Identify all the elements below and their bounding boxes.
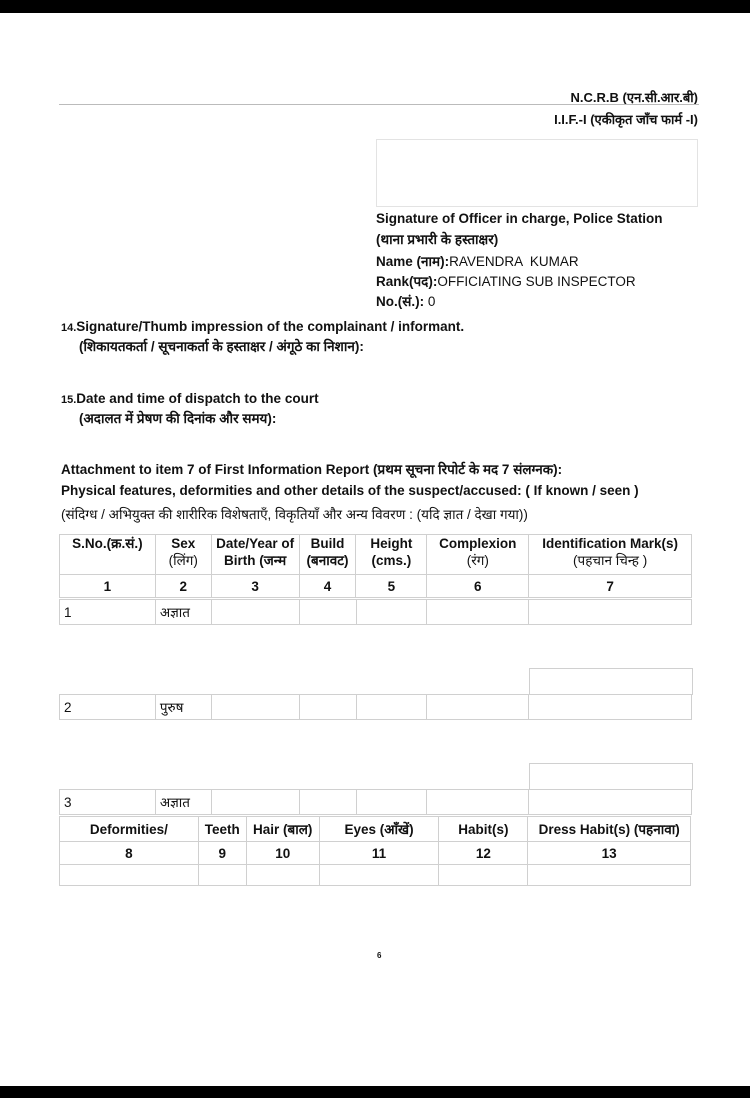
- column-number: 9: [198, 842, 246, 865]
- column-number: 5: [356, 575, 427, 598]
- officer-number-label: No.(सं.):: [376, 294, 424, 309]
- column-number: 12: [439, 842, 528, 865]
- header-teeth: Teeth: [198, 817, 246, 842]
- header-complexion: Complexion(रंग): [427, 535, 529, 575]
- cell-deformities: [60, 865, 199, 886]
- identification-mark-extra-box: [529, 763, 693, 790]
- column-number: 1: [60, 575, 156, 598]
- cell-hair: [246, 865, 319, 886]
- column-number: 4: [299, 575, 356, 598]
- table-row: [60, 865, 691, 886]
- form-title: I.I.F.-I (एकीकृत जाँच फार्म -I): [554, 110, 698, 128]
- header-dress-habits: Dress Habit(s) (पहनावा): [528, 817, 691, 842]
- officer-signature-box: [376, 139, 698, 207]
- table-row: 3 अज्ञात: [59, 789, 692, 815]
- officer-name-label: Name (नाम):: [376, 254, 449, 269]
- header-sno: S.No.(क्र.सं.): [60, 535, 156, 575]
- table2-column-numbers: 8 9 10 11 12 13: [60, 842, 691, 865]
- cell-sex: पुरुष: [155, 695, 211, 720]
- top-black-bar: [0, 0, 750, 13]
- item-15-number: 15.: [61, 394, 76, 406]
- cell-build: [299, 600, 356, 625]
- item-14-number: 14.: [61, 322, 76, 334]
- cell-dob: [211, 790, 299, 815]
- cell-build: [299, 790, 356, 815]
- cell-marks: [529, 695, 692, 720]
- cell-dob: [211, 695, 299, 720]
- item-15-title-hi: (अदालत में प्रेषण की दिनांक और समय):: [79, 409, 276, 427]
- column-number: 10: [246, 842, 319, 865]
- officer-signature-title: Signature of Officer in charge, Police S…: [376, 211, 663, 226]
- attachment-line-1-hi: (प्रथम सूचना रिपोर्ट के मद 7 संलग्नक):: [369, 462, 562, 477]
- cell-sex: अज्ञात: [155, 790, 211, 815]
- cell-marks: [529, 600, 692, 625]
- column-number: 6: [427, 575, 529, 598]
- officer-number-value: 0: [428, 294, 436, 309]
- cell-height: [356, 695, 427, 720]
- officer-signature-title-hi: (थाना प्रभारी के हस्ताक्षर): [376, 230, 498, 248]
- header-height: Height(cms.): [356, 535, 427, 575]
- attachment-line-3: (संदिग्ध / अभियुक्त की शारीरिक विशेषताएँ…: [61, 505, 528, 523]
- header-build: Build(बनावट): [299, 535, 356, 575]
- header-sex: Sex(लिंग): [155, 535, 211, 575]
- identification-mark-extra-box: [529, 668, 693, 695]
- cell-sno: 2: [60, 695, 156, 720]
- item-14-title: 14.Signature/Thumb impression of the com…: [61, 319, 464, 334]
- column-number: 13: [528, 842, 691, 865]
- officer-rank-value: OFFICIATING SUB INSPECTOR: [437, 274, 635, 289]
- cell-complexion: [427, 600, 529, 625]
- item-14-title-hi: (शिकायतकर्ता / सूचनाकर्ता के हस्ताक्षर /…: [79, 337, 364, 355]
- column-number: 8: [60, 842, 199, 865]
- bottom-black-bar: [0, 1086, 750, 1098]
- officer-number: No.(सं.): 0: [376, 292, 435, 310]
- cell-teeth: [198, 865, 246, 886]
- cell-height: [356, 600, 427, 625]
- attachment-line-2: Physical features, deformities and other…: [61, 483, 639, 498]
- cell-sno: 1: [60, 600, 156, 625]
- officer-name: Name (नाम):RAVENDRA KUMAR: [376, 252, 579, 270]
- cell-sex: अज्ञात: [155, 600, 211, 625]
- column-number: 3: [211, 575, 299, 598]
- item-14-text: Signature/Thumb impression of the compla…: [76, 319, 464, 334]
- cell-marks: [529, 790, 692, 815]
- column-number: 11: [319, 842, 439, 865]
- cell-build: [299, 695, 356, 720]
- deformities-table: Deformities/ Teeth Hair (बाल) Eyes (आँखे…: [59, 816, 691, 886]
- cell-eyes: [319, 865, 439, 886]
- header-hair: Hair (बाल): [246, 817, 319, 842]
- page-number: 6: [377, 951, 381, 960]
- cell-dress-habits: [528, 865, 691, 886]
- table2-header-row: Deformities/ Teeth Hair (बाल) Eyes (आँखे…: [60, 817, 691, 842]
- cell-complexion: [427, 790, 529, 815]
- header-eyes: Eyes (आँखें): [319, 817, 439, 842]
- table-row: 2 पुरुष: [59, 694, 692, 720]
- cell-dob: [211, 600, 299, 625]
- column-number: 7: [529, 575, 692, 598]
- cell-habits: [439, 865, 528, 886]
- officer-rank-label: Rank(पद):: [376, 274, 437, 289]
- table-row: 1 अज्ञात: [59, 599, 692, 625]
- table1-header-row: S.No.(क्र.सं.) Sex(लिंग) Date/Year ofBir…: [60, 535, 692, 575]
- header-dob: Date/Year ofBirth (जन्म: [211, 535, 299, 575]
- item-15-text: Date and time of dispatch to the court: [76, 391, 318, 406]
- header-deformities: Deformities/: [60, 817, 199, 842]
- header-identification-marks: Identification Mark(s)(पहचान चिन्ह ): [529, 535, 692, 575]
- officer-rank: Rank(पद):OFFICIATING SUB INSPECTOR: [376, 272, 636, 290]
- attachment-line-1: Attachment to item 7 of First Informatio…: [61, 460, 562, 478]
- column-number: 2: [155, 575, 211, 598]
- cell-complexion: [427, 695, 529, 720]
- suspect-features-table: S.No.(क्र.सं.) Sex(लिंग) Date/Year ofBir…: [59, 534, 692, 598]
- cell-sno: 3: [60, 790, 156, 815]
- officer-name-value: RAVENDRA KUMAR: [449, 254, 579, 269]
- header-habits: Habit(s): [439, 817, 528, 842]
- cell-height: [356, 790, 427, 815]
- item-15-title: 15.Date and time of dispatch to the cour…: [61, 391, 319, 406]
- attachment-line-1-en: Attachment to item 7 of First Informatio…: [61, 462, 369, 477]
- table1-column-numbers: 1 2 3 4 5 6 7: [60, 575, 692, 598]
- header-divider: [59, 104, 699, 105]
